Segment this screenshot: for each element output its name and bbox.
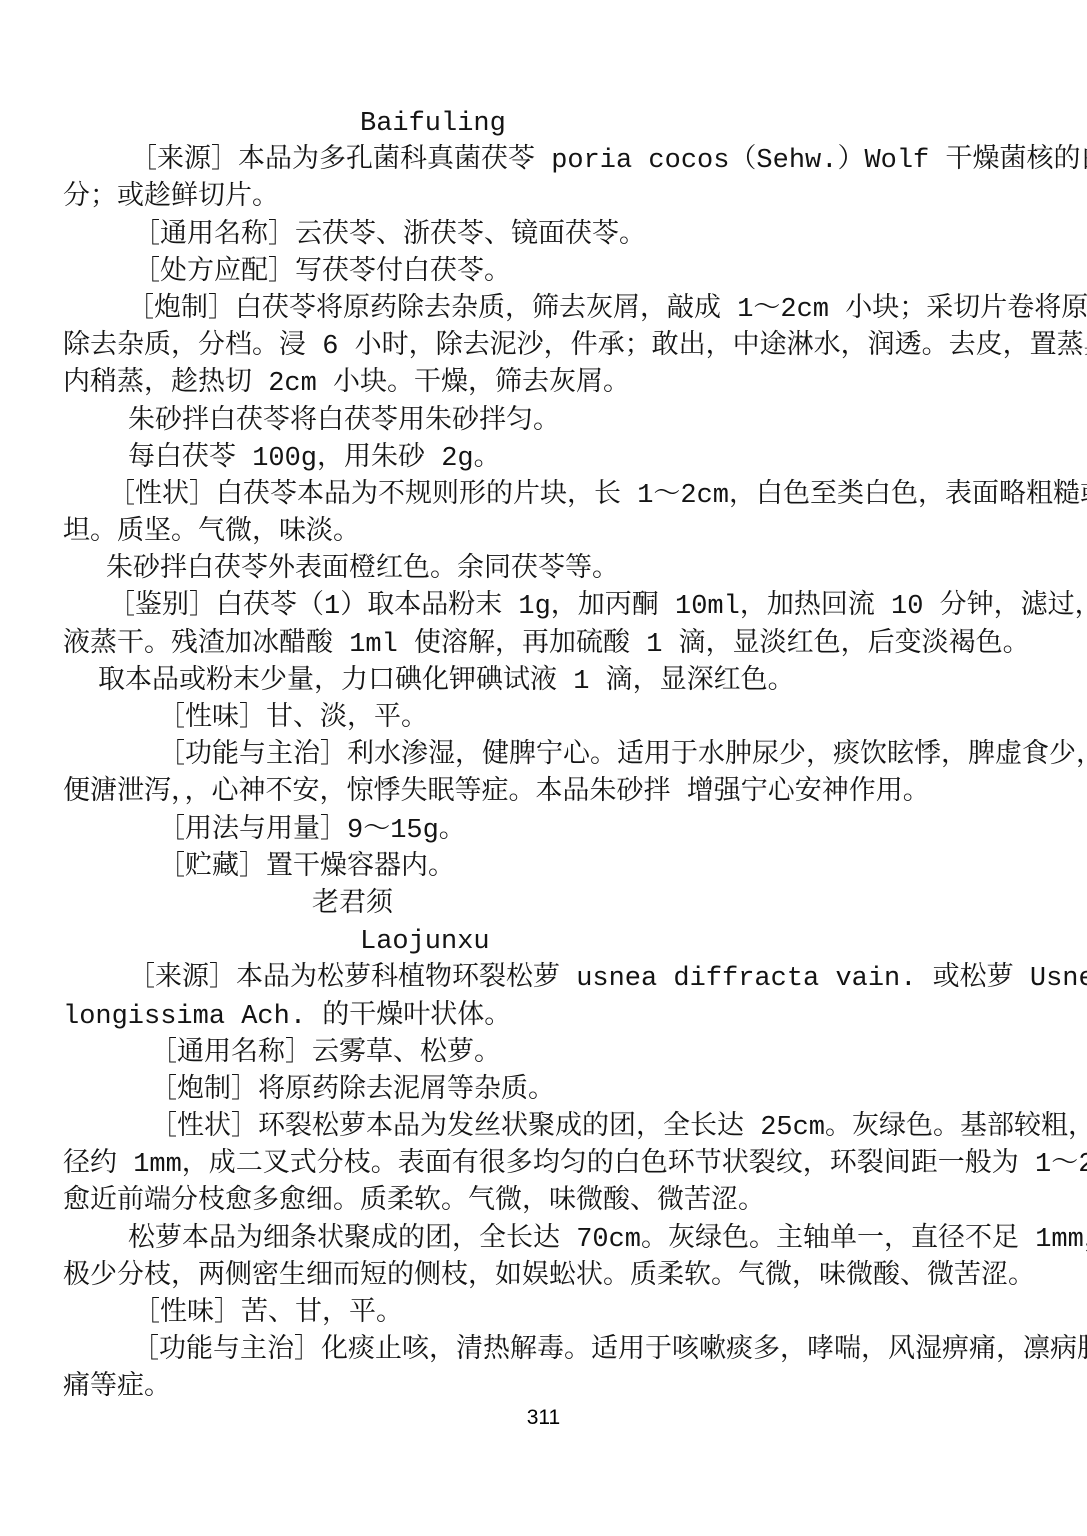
text-line: 痛等症。 — [0, 1370, 1087, 1407]
text-line: 坦。质坚。气微，味淡。 — [0, 515, 1087, 552]
text-line: ［功能与主治］化痰止咳，清热解毒。适用于咳嗽痰多，哮喘，风湿痹痛，凛病肿 — [0, 1333, 1087, 1370]
text-line: 便溏泄泻，，心神不安，惊悸失眠等症。本品朱砂拌 增强宁心安神作用。 — [0, 775, 1087, 812]
text-line: ［用法与用量］9～15g。 — [0, 813, 1087, 850]
text-line: ［炮制］将原药除去泥屑等杂质。 — [0, 1073, 1087, 1110]
section-title: Baifuling — [0, 106, 1087, 143]
text-line: ［通用名称］云雾草、松萝。 — [0, 1036, 1087, 1073]
document-page: Baifuling［来源］本品为多孔菌科真菌茯苓 poria cocos（Seh… — [0, 0, 1087, 1536]
text-line: ［性状］环裂松萝本品为发丝状聚成的团，全长达 25cm。灰绿色。基部较粗，直 — [0, 1110, 1087, 1147]
text-line: 液蒸干。残渣加冰醋酸 1ml 使溶解，再加硫酸 1 滴，显淡红色，后变淡褐色。 — [0, 627, 1087, 664]
text-line: 朱砂拌白茯苓将白茯苓用朱砂拌匀。 — [0, 404, 1087, 441]
text-line: 内稍蒸，趁热切 2cm 小块。干燥，筛去灰屑。 — [0, 366, 1087, 403]
text-line: ［性味］甘、淡，平。 — [0, 701, 1087, 738]
text-line: 取本品或粉末少量，力口碘化钾碘试液 1 滴，显深红色。 — [0, 664, 1087, 701]
text-line: ［来源］本品为多孔菌科真菌茯苓 poria cocos（Sehw.）Wolf 干… — [0, 143, 1087, 180]
text-line: 除去杂质，分档。浸 6 小时，除去泥沙，件承；敢出，中途淋水，润透。去皮，置蒸具 — [0, 329, 1087, 366]
text-line: ［贮藏］置干燥容器内。 — [0, 850, 1087, 887]
section-title: 老君须 — [0, 887, 1087, 924]
text-line: ［性状］白茯苓本品为不规则形的片块，长 1～2cm，白色至类白色，表面略粗糙或平 — [0, 478, 1087, 515]
text-line: 径约 1mm，成二叉式分枝。表面有很多均匀的白色环节状裂纹，环裂间距一般为 1～… — [0, 1147, 1087, 1184]
text-line: longissima Ach. 的干燥叶状体。 — [0, 999, 1087, 1036]
text-line: 极少分枝，两侧密生细而短的侧枝，如娱蚣状。质柔软。气微，味微酸、微苦涩。 — [0, 1259, 1087, 1296]
page-number: 311 — [0, 1406, 1087, 1430]
text-line: 每白茯苓 100g，用朱砂 2g。 — [0, 441, 1087, 478]
text-line: ［处方应配］写茯苓付白茯苓。 — [0, 255, 1087, 292]
text-line: 朱砂拌白茯苓外表面橙红色。余同茯苓等。 — [0, 552, 1087, 589]
document-body: Baifuling［来源］本品为多孔菌科真菌茯苓 poria cocos（Seh… — [0, 106, 1087, 1408]
text-line: ［炮制］白茯苓将原药除去杂质，筛去灰屑，敲成 1～2cm 小块；采切片卷将原药 — [0, 292, 1087, 329]
text-line: ［鉴别］白茯苓（1）取本品粉末 1g，加丙酮 10ml，加热回流 10 分钟，滤… — [0, 589, 1087, 626]
text-line: 松萝本品为细条状聚成的团，全长达 70cm。灰绿色。主轴单一，直径不足 1mm， — [0, 1222, 1087, 1259]
text-line: 分；或趁鲜切片。 — [0, 180, 1087, 217]
text-line: 愈近前端分枝愈多愈细。质柔软。气微，味微酸、微苦涩。 — [0, 1184, 1087, 1221]
text-line: ［功能与主治］利水渗湿，健脾宁心。适用于水肿尿少，痰饮眩悸，脾虚食少， — [0, 738, 1087, 775]
text-line: ［来源］本品为松萝科植物环裂松萝 usnea diffracta vain. 或… — [0, 961, 1087, 998]
text-line: ［性味］苦、甘，平。 — [0, 1296, 1087, 1333]
section-title: Laojunxu — [0, 924, 1087, 961]
text-line: ［通用名称］云茯苓、浙茯苓、镜面茯苓。 — [0, 218, 1087, 255]
